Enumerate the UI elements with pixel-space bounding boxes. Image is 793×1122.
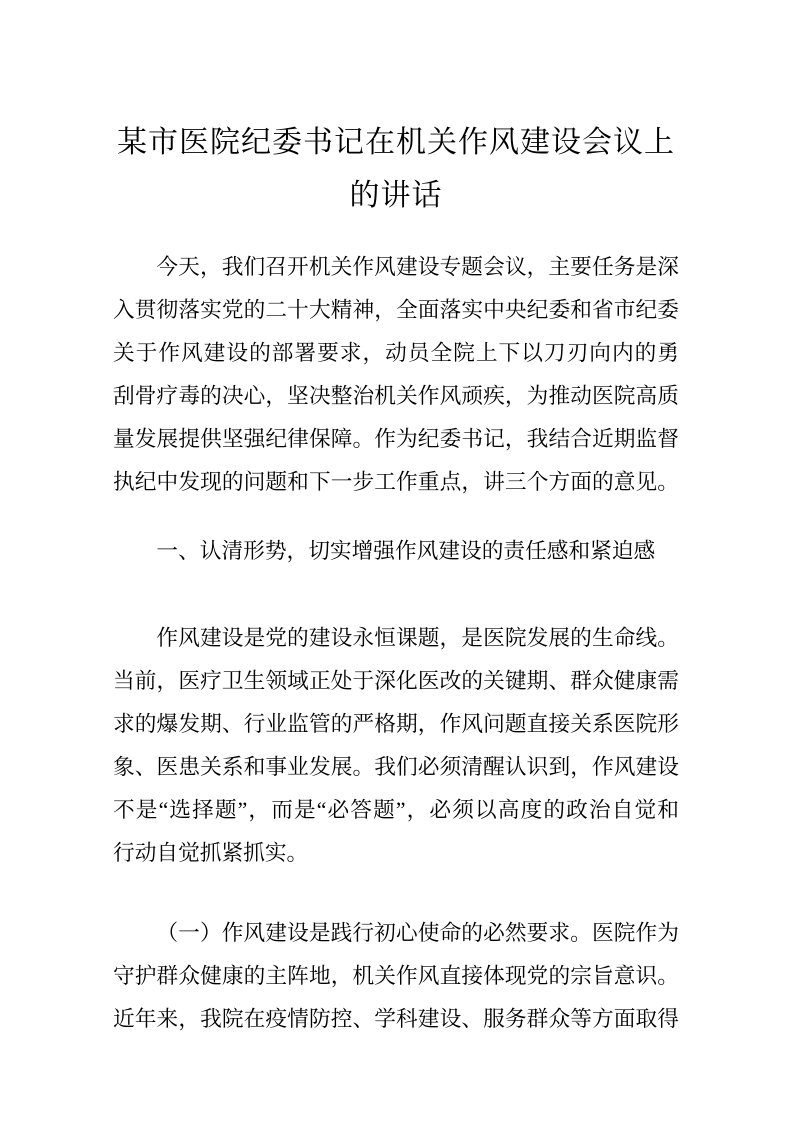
paragraph-2: 作风建设是党的建设永恒课题，是医院发展的生命线。 当前，医疗卫生领域正处于深化医… <box>113 617 679 875</box>
text-line: 当前，医疗卫生领域正处于深化医改的关键期、群众健康需 <box>113 660 679 703</box>
text-line: 关于作风建设的部署要求，动员全院上下以刀刃向内的勇气、 <box>113 332 679 375</box>
paragraph-3: （一）作风建设是践行初心使命的必然要求。医院作为 守护群众健康的主阵地，机关作风… <box>113 912 679 1041</box>
text-line: 执纪中发现的问题和下一步工作重点，讲三个方面的意见。 <box>113 461 679 504</box>
document-content: 某市医院纪委书记在机关作风建设会议上 的讲话 今天，我们召开机关作风建设专题会议… <box>113 116 679 1041</box>
paragraph-1: 今天，我们召开机关作风建设专题会议，主要任务是深 入贯彻落实党的二十大精神，全面… <box>113 246 679 504</box>
heading-line: 一、认清形势，切实增强作风建设的责任感和紧迫感 <box>113 530 679 573</box>
document-page: 某市医院纪委书记在机关作风建设会议上 的讲话 今天，我们召开机关作风建设专题会议… <box>0 0 793 1122</box>
text-line: 求的爆发期、行业监管的严格期，作风问题直接关系医院形 <box>113 703 679 746</box>
text-line: （一）作风建设是践行初心使命的必然要求。医院作为 <box>113 912 679 955</box>
text-line: 守护群众健康的主阵地，机关作风直接体现党的宗旨意识。 <box>113 955 679 998</box>
text-line: 量发展提供坚强纪律保障。作为纪委书记，我结合近期监督 <box>113 418 679 461</box>
text-line: 今天，我们召开机关作风建设专题会议，主要任务是深 <box>113 246 679 289</box>
text-line: 入贯彻落实党的二十大精神，全面落实中央纪委和省市纪委 <box>113 289 679 332</box>
title-line-2: 的讲话 <box>113 169 679 222</box>
title-line-1: 某市医院纪委书记在机关作风建设会议上 <box>113 116 679 169</box>
section-heading-1: 一、认清形势，切实增强作风建设的责任感和紧迫感 <box>113 530 679 573</box>
text-line: 象、医患关系和事业发展。我们必须清醒认识到，作风建设 <box>113 746 679 789</box>
text-line: 近年来，我院在疫情防控、学科建设、服务群众等方面取得 <box>113 998 679 1041</box>
document-title: 某市医院纪委书记在机关作风建设会议上 的讲话 <box>113 116 679 222</box>
text-line: 行动自觉抓紧抓实。 <box>113 832 679 875</box>
text-line: 不是“选择题”，而是“必答题”，必须以高度的政治自觉和 <box>113 789 679 832</box>
text-line: 刮骨疗毒的决心，坚决整治机关作风顽疾，为推动医院高质 <box>113 375 679 418</box>
text-line: 作风建设是党的建设永恒课题，是医院发展的生命线。 <box>113 617 679 660</box>
